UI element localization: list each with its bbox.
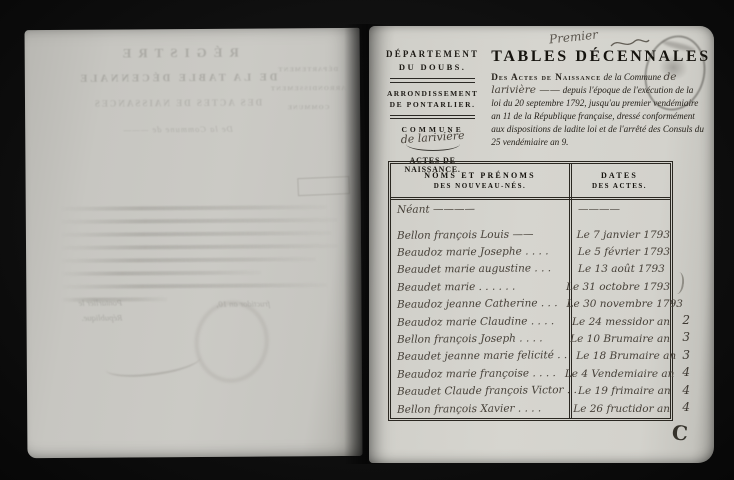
act-date-cell: Le 10 Brumaire an — [561, 333, 670, 345]
table-row: Beaudoz marie Josephe . . . . Le 5 févri… — [391, 243, 670, 260]
newborn-name-cell: Beaudet jeanne marie felicité . . — [391, 349, 567, 363]
newborn-name-cell: Bellon françois Xavier . . . . — [391, 402, 564, 416]
newborn-name-cell: Beaudoz marie Claudine . . . . — [391, 315, 563, 329]
bleedthrough-textline — [62, 270, 261, 276]
bleedthrough-fragment: Pontarlier le — [78, 298, 122, 308]
bleedthrough-side-column: DÉPARTEMENTARRONDISSEMENTCOMMUNE — [268, 54, 348, 112]
bleedthrough-fragment: République. — [81, 312, 122, 322]
arrondissement-label: ARRONDISSEMENT — [386, 89, 479, 98]
header-right-column: Premier TABLES DÉCENNALES Des Actes de N… — [491, 33, 711, 161]
arrondissement-value: DE PONTARLIER. — [386, 100, 479, 109]
intro-lead: Des Actes de Naissance — [491, 72, 601, 82]
table-row: Beaudoz marie Claudine . . . . Le 24 mes… — [391, 313, 670, 330]
double-rule — [390, 115, 475, 120]
table-row: Beaudet marie augustine . . . Le 13 août… — [391, 261, 670, 278]
table-row: Bellon françois Xavier . . . . Le 26 fru… — [391, 400, 670, 417]
margin-year-digit: 2 — [682, 313, 690, 327]
register-table: NOMS ET PRÉNOMS DES NOUVEAU-NÉS. DATES D… — [388, 161, 673, 421]
act-date-cell: Le 31 octobre 1793 — [557, 281, 670, 293]
names-header-line1: NOMS ET PRÉNOMS — [391, 171, 569, 180]
margin-year-digit: 4 — [682, 365, 690, 379]
table-row: Beaudoz jeanne Catherine . . . Le 30 nov… — [391, 296, 670, 313]
names-header-line2: DES NOUVEAU-NÉS. — [391, 182, 569, 190]
bleedthrough-textline — [62, 217, 338, 223]
dates-header-line1: DATES — [569, 171, 670, 180]
newborn-name-cell: Beaudoz jeanne Catherine . . . — [391, 297, 558, 311]
bleedthrough-signature — [104, 345, 202, 381]
table-row: Beaudoz marie françoise . . . . Le 4 Ven… — [391, 365, 670, 382]
table-row: Bellon françois Joseph . . . . Le 10 Bru… — [391, 330, 670, 347]
newborn-name-cell: Bellon françois Louis —— — [391, 228, 568, 242]
newborn-name-cell: Beaudet Claude françois Victor . . — [391, 384, 569, 398]
bleedthrough-textline — [62, 205, 327, 211]
table-row: Beaudet marie . . . . . . Le 31 octobre … — [391, 278, 670, 295]
act-date-cell: ———— — [569, 203, 670, 215]
register-scan: RÉGISTREDE LA TABLE DÉCENNALEDES ACTES D… — [0, 0, 734, 480]
margin-letter-mark: C — [671, 420, 689, 445]
act-date-cell: Le 7 janvier 1793 — [568, 229, 670, 241]
bleedthrough-paragraph — [62, 196, 339, 310]
margin-year-digit: 3 — [682, 348, 690, 362]
act-date-cell: Le 26 fructidor an — [564, 403, 670, 415]
margin-year-digit: 4 — [682, 400, 690, 414]
act-date-cell: Le 30 novembre 1793 — [558, 298, 683, 310]
handwritten-annotation: Premier — [549, 27, 599, 46]
names-column-header: NOMS ET PRÉNOMS DES NOUVEAU-NÉS. — [391, 164, 569, 197]
act-date-cell: Le 19 frimaire an — [569, 385, 671, 397]
dates-header-line2: DES ACTES. — [569, 182, 670, 190]
bleedthrough-line: De la Commune de ——— — [25, 123, 330, 135]
bleedthrough-stamp-icon — [190, 296, 274, 387]
newborn-name-cell: Néant ———— — [391, 202, 569, 216]
page-header: DÉPARTEMENT DU DOUBS. ARRONDISSEMENT DE … — [386, 33, 704, 161]
act-date-cell: Le 24 messidor an — [563, 316, 670, 328]
left-page: RÉGISTREDE LA TABLE DÉCENNALEDES ACTES D… — [25, 28, 363, 458]
bleedthrough-side-line: ARRONDISSEMENT — [268, 85, 348, 93]
newborn-name-cell: Beaudet marie . . . . . . — [391, 280, 557, 294]
act-date-cell: Le 4 Vendemiaire an — [556, 368, 675, 380]
departement-value: DU DOUBS. — [386, 62, 479, 72]
bleedthrough-side-line: COMMUNE — [268, 104, 348, 112]
newborn-name-cell: Bellon françois Joseph . . . . — [391, 332, 561, 346]
table-row: Beaudet Claude françois Victor . . Le 19… — [391, 383, 670, 400]
margin-year-digit: 3 — [682, 330, 690, 344]
table-row: Bellon françois Louis —— Le 7 janvier 17… — [391, 226, 670, 243]
margin-pen-mark-icon — [671, 271, 685, 294]
margin-year-digit: 4 — [682, 383, 690, 397]
pen-flourish-icon — [609, 35, 651, 51]
departement-label: DÉPARTEMENT — [386, 49, 479, 59]
newborn-name-cell: Beaudoz marie Josephe . . . . — [391, 245, 569, 259]
act-date-cell: Le 5 février 1793 — [569, 246, 670, 258]
table-body: Néant ———— ———— Bellon françois Louis ——… — [391, 200, 670, 417]
bleedthrough-textline — [62, 231, 332, 237]
table-header: NOMS ET PRÉNOMS DES NOUVEAU-NÉS. DATES D… — [391, 164, 670, 200]
newborn-name-cell: Beaudet marie augustine . . . — [391, 263, 569, 277]
header-left-column: DÉPARTEMENT DU DOUBS. ARRONDISSEMENT DE … — [386, 33, 479, 161]
act-date-cell: Le 13 août 1793 — [569, 263, 670, 275]
right-page: DÉPARTEMENT DU DOUBS. ARRONDISSEMENT DE … — [369, 26, 714, 463]
dates-column-header: DATES DES ACTES. — [569, 164, 670, 197]
bleedthrough-textline — [62, 243, 338, 249]
bleedthrough-textline — [62, 257, 316, 263]
act-date-cell: Le 18 Brumaire an — [567, 350, 676, 362]
table-row: Beaudet jeanne marie felicité . . Le 18 … — [391, 348, 670, 365]
bleedthrough-textline — [62, 283, 327, 289]
double-rule — [390, 78, 475, 83]
bleedthrough-side-line: DÉPARTEMENT — [268, 66, 348, 74]
bleedthrough-box — [297, 176, 350, 196]
newborn-name-cell: Beaudoz marie françoise . . . . — [391, 367, 556, 381]
table-row: Néant ———— ———— — [391, 200, 670, 226]
